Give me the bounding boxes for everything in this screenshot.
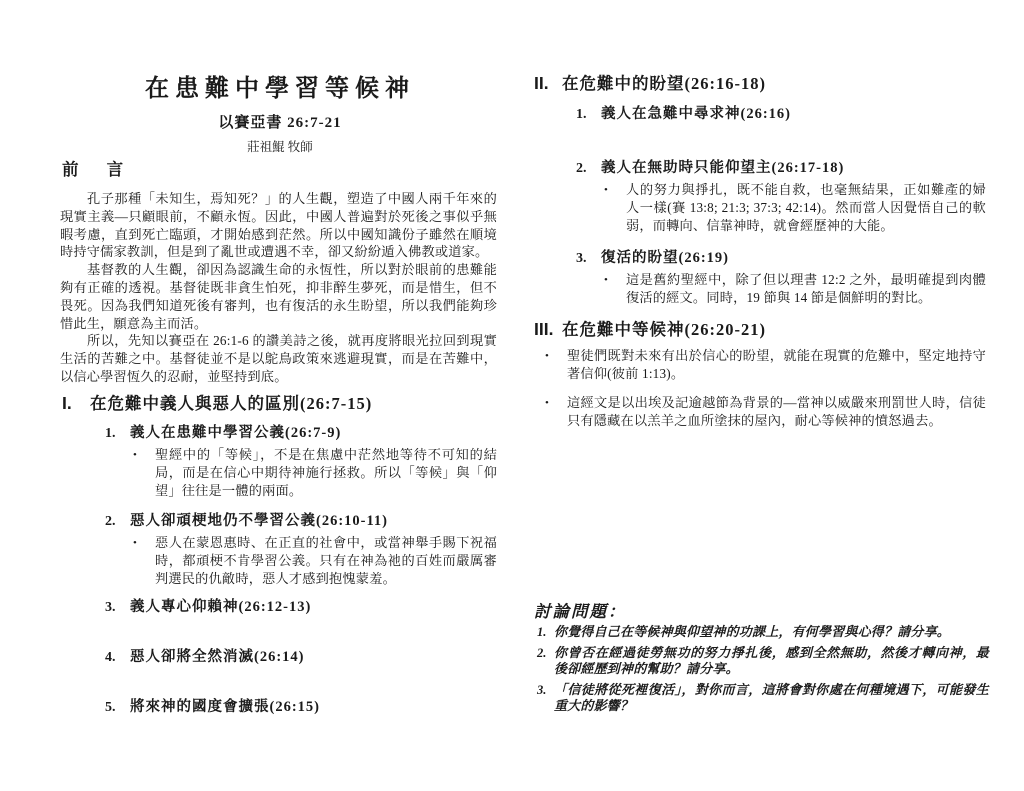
preface-paragraph: 孔子那種「未知生，焉知死？」的人生觀，塑造了中國人兩千年來的現實主義—只顧眼前，…: [60, 190, 497, 261]
item-number: 4.: [105, 650, 130, 666]
bullet-text: 這是舊約聖經中，除了但以理書 12:2 之外，最明確提到肉體復活的經文。同時，1…: [626, 271, 986, 307]
section-3-note-1: • 聖徒們既對未來有出於信心的盼望，就能在現實的危難中，堅定地持守著信仰(彼前 …: [545, 347, 986, 383]
section-2-item-3: 3.復活的盼望(26:19): [576, 246, 729, 267]
preface-paragraph: 所以，先知以賽亞在 26:1-6 的讚美詩之後，就再度將眼光拉回到現實生活的苦難…: [60, 332, 497, 385]
question-text: 「信徒將從死裡復活」，對你而言，這將會對你處在何種境遇下，可能發生重大的影響？: [554, 682, 989, 715]
bullet-text: 聖徒們既對未來有出於信心的盼望，就能在現實的危難中，堅定地持守著信仰(彼前 1:…: [567, 347, 986, 383]
item-title: 義人在無助時只能仰望主(26:17-18): [601, 160, 844, 176]
discussion-heading: 討論問題：: [534, 598, 627, 622]
scripture-reference: 以賽亞書 26:7-21: [60, 111, 500, 132]
item-title: 惡人卻頑梗地仍不學習公義(26:10-11): [130, 513, 388, 529]
item-number: 2.: [105, 514, 130, 530]
section-1-item-1: 1.義人在患難中學習公義(26:7-9): [105, 421, 341, 442]
author-line: 莊祖鯤 牧師: [60, 137, 500, 155]
discussion-question-1: 1. 你覺得自己在等候神與仰望神的功課上，有何學習與心得？請分享。: [537, 624, 989, 641]
item-title: 義人在急難中尋求神(26:16): [601, 106, 791, 122]
section-1-item-5: 5.將來神的國度會擴張(26:15): [105, 695, 320, 716]
preface-paragraph: 基督教的人生觀，卻因為認識生命的永恆性，所以對於眼前的患難能夠有正確的透視。基督…: [60, 261, 497, 332]
item-title: 義人專心仰賴神(26:12-13): [130, 599, 311, 615]
bullet-text: 聖經中的「等候」，不是在焦慮中茫然地等待不可知的結局，而是在信心中期待神施行拯救…: [155, 446, 497, 500]
bullet-icon: •: [545, 394, 567, 430]
section-3-numeral: III.: [534, 319, 562, 340]
section-2-item-2: 2.義人在無助時只能仰望主(26:17-18): [576, 156, 844, 177]
section-3-note-2: • 這經文是以出埃及記逾越節為背景的—當神以威嚴來刑罰世人時，信徒只有隱藏在以羔…: [545, 394, 986, 430]
bullet-text: 人的努力與掙扎，既不能自救，也毫無結果，正如難產的婦人一樣(賽 13:8; 21…: [626, 181, 986, 235]
bullet-icon: •: [604, 181, 626, 235]
item-number: 1.: [105, 426, 130, 442]
preface-heading: 前 言: [62, 156, 135, 180]
item-number: 1.: [576, 107, 601, 123]
left-column: 在患難中學習等候神 以賽亞書 26:7-21 莊祖鯤 牧師 前 言 孔子那種「未…: [60, 0, 500, 791]
section-1-item-2-note: • 惡人在蒙恩惠時、在正直的社會中，或當神舉手賜下祝福時，都頑梗不肯學習公義。只…: [133, 534, 497, 588]
section-2-numeral: II.: [534, 73, 562, 94]
bullet-icon: •: [133, 534, 155, 588]
section-3-title: 在危難中等候神(26:20-21): [562, 320, 766, 339]
item-number: 3.: [105, 600, 130, 616]
item-title: 惡人卻將全然消滅(26:14): [130, 649, 305, 665]
question-text: 你曾否在經過徒勞無功的努力掙扎後，感到全然無助，然後才轉向神，最後卻經歷到神的幫…: [554, 645, 989, 678]
item-number: 3.: [576, 251, 601, 267]
section-2-item-2-note: • 人的努力與掙扎，既不能自救，也毫無結果，正如難產的婦人一樣(賽 13:8; …: [604, 181, 986, 235]
section-1-heading: I.在危難中義人與惡人的區別(26:7-15): [62, 390, 372, 414]
item-number: 5.: [105, 700, 130, 716]
bullet-text: 惡人在蒙恩惠時、在正直的社會中，或當神舉手賜下祝福時，都頑梗不肯學習公義。只有在…: [155, 534, 497, 588]
document-title: 在患難中學習等候神: [60, 74, 500, 104]
section-1-item-4: 4.惡人卻將全然消滅(26:14): [105, 645, 305, 666]
section-1-item-2: 2.惡人卻頑梗地仍不學習公義(26:10-11): [105, 509, 388, 530]
question-text: 你覺得自己在等候神與仰望神的功課上，有何學習與心得？請分享。: [554, 624, 989, 641]
right-column: II.在危難中的盼望(26:16-18) 1.義人在急難中尋求神(26:16) …: [534, 0, 992, 791]
section-2-item-1: 1.義人在急難中尋求神(26:16): [576, 102, 791, 123]
section-3-heading: III.在危難中等候神(26:20-21): [534, 316, 766, 340]
discussion-question-3: 3. 「信徒將從死裡復活」，對你而言，這將會對你處在何種境遇下，可能發生重大的影…: [537, 682, 989, 715]
item-number: 2.: [576, 161, 601, 177]
question-number: 2.: [537, 645, 554, 678]
section-2-title: 在危難中的盼望(26:16-18): [562, 74, 766, 93]
item-title: 復活的盼望(26:19): [601, 250, 729, 266]
preface-body: 孔子那種「未知生，焉知死？」的人生觀，塑造了中國人兩千年來的現實主義—只顧眼前，…: [60, 190, 497, 386]
discussion-questions: 1. 你覺得自己在等候神與仰望神的功課上，有何學習與心得？請分享。 2. 你曾否…: [537, 624, 989, 719]
item-title: 義人在患難中學習公義(26:7-9): [130, 425, 341, 441]
section-1-item-1-note: • 聖經中的「等候」，不是在焦慮中茫然地等待不可知的結局，而是在信心中期待神施行…: [133, 446, 497, 500]
question-number: 1.: [537, 624, 554, 641]
bullet-icon: •: [133, 446, 155, 500]
question-number: 3.: [537, 682, 554, 715]
section-1-numeral: I.: [62, 393, 90, 414]
section-2-item-3-note: • 這是舊約聖經中，除了但以理書 12:2 之外，最明確提到肉體復活的經文。同時…: [604, 271, 986, 307]
discussion-question-2: 2. 你曾否在經過徒勞無功的努力掙扎後，感到全然無助，然後才轉向神，最後卻經歷到…: [537, 645, 989, 678]
item-title: 將來神的國度會擴張(26:15): [130, 699, 320, 715]
title-block: 在患難中學習等候神 以賽亞書 26:7-21 莊祖鯤 牧師: [60, 74, 500, 155]
bullet-text: 這經文是以出埃及記逾越節為背景的—當神以威嚴來刑罰世人時，信徒只有隱藏在以羔羊之…: [567, 394, 986, 430]
section-1-item-3: 3.義人專心仰賴神(26:12-13): [105, 595, 311, 616]
bullet-icon: •: [545, 347, 567, 383]
bullet-icon: •: [604, 271, 626, 307]
document-page: 在患難中學習等候神 以賽亞書 26:7-21 莊祖鯤 牧師 前 言 孔子那種「未…: [0, 0, 1024, 791]
section-1-title: 在危難中義人與惡人的區別(26:7-15): [90, 394, 372, 413]
section-2-heading: II.在危難中的盼望(26:16-18): [534, 70, 766, 94]
